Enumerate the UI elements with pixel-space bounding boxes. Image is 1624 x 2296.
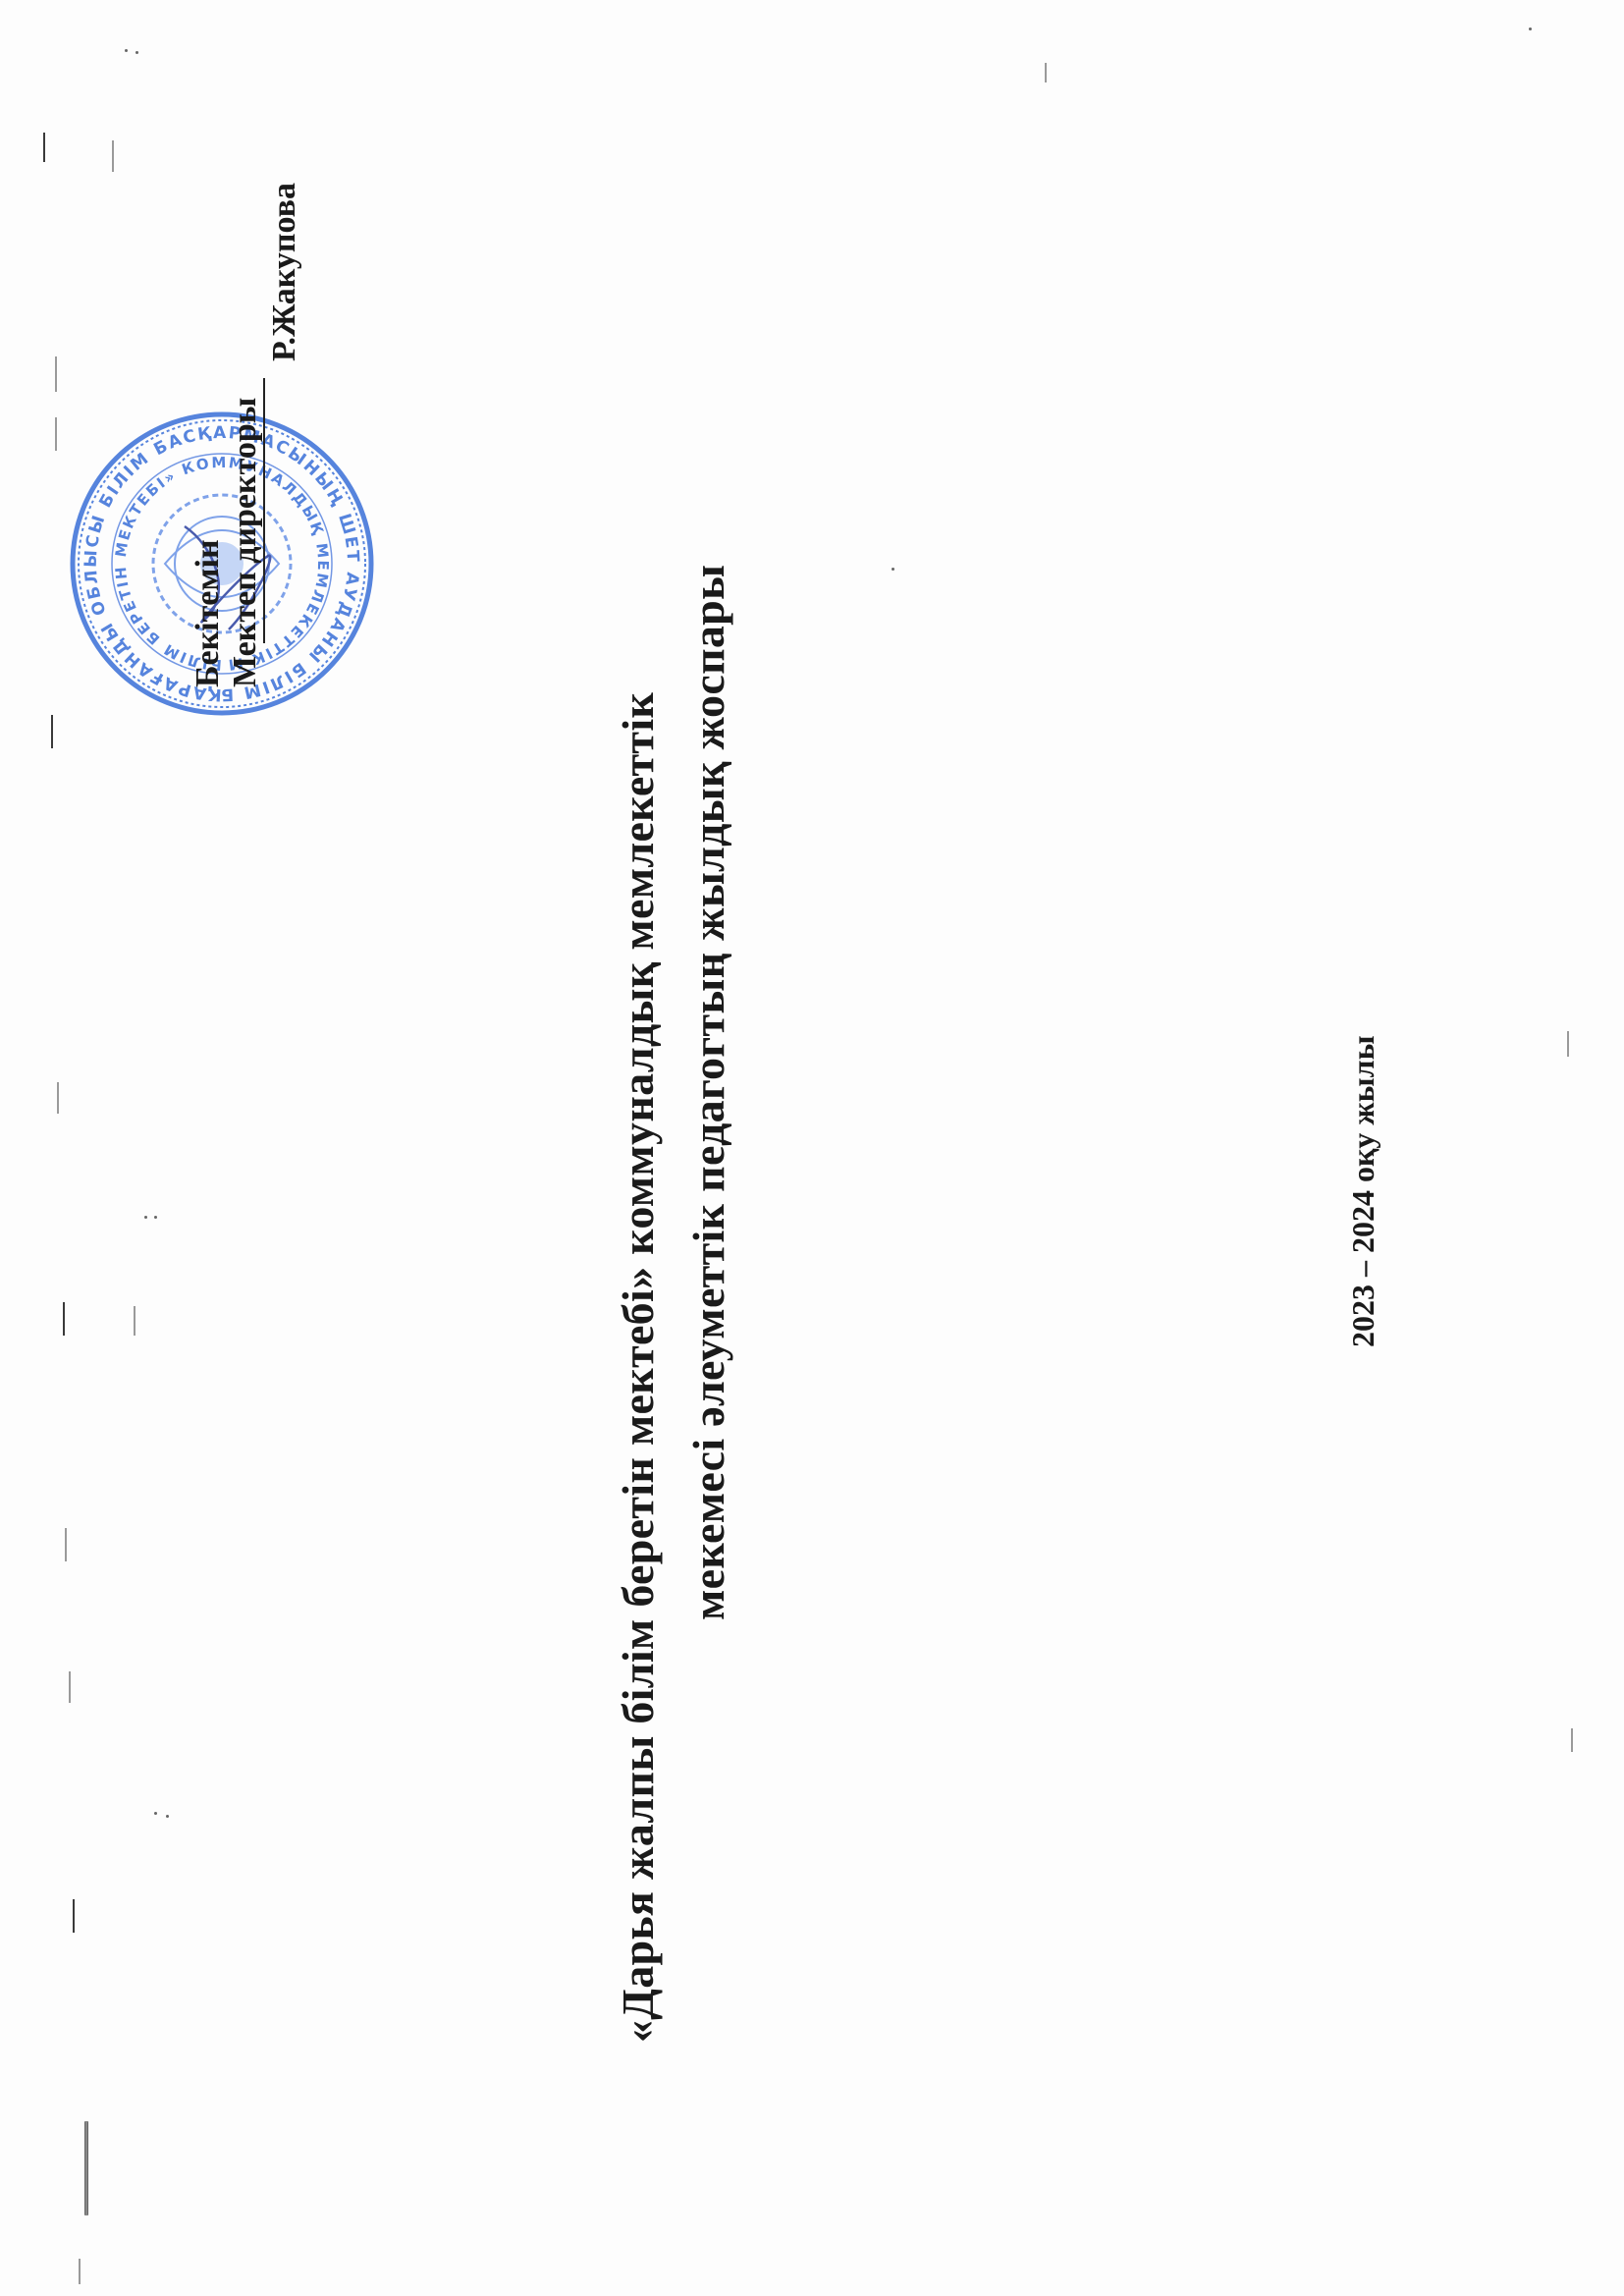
scan-speck bbox=[154, 1216, 157, 1219]
scan-speck bbox=[1529, 27, 1532, 30]
margin-mark bbox=[1571, 1728, 1573, 1752]
scan-speck bbox=[135, 51, 138, 54]
margin-mark bbox=[1567, 1031, 1569, 1057]
document-title-line-1: «Дарья жалпы білім беретін мектебі» комм… bbox=[611, 692, 666, 2043]
scan-speck bbox=[154, 1812, 157, 1815]
margin-mark bbox=[43, 133, 45, 162]
margin-mark bbox=[79, 2259, 81, 2284]
signature-line bbox=[263, 378, 265, 643]
academic-year: 2023 – 2024 оқу жылы bbox=[1343, 1035, 1382, 1347]
scan-speck bbox=[892, 568, 894, 571]
margin-mark bbox=[57, 1082, 59, 1114]
margin-mark bbox=[112, 140, 114, 172]
staple-mark bbox=[84, 2121, 88, 2215]
scan-speck bbox=[144, 1216, 147, 1219]
margin-mark bbox=[51, 715, 53, 748]
document-title-line-2: мекемесі әлеуметтік педагогтың жылдық жо… bbox=[681, 565, 736, 1620]
margin-mark bbox=[69, 1671, 71, 1703]
scan-speck bbox=[125, 49, 128, 52]
margin-mark bbox=[1045, 63, 1047, 82]
approver-position: Мектеп директоры bbox=[224, 398, 267, 687]
margin-mark bbox=[55, 417, 57, 451]
scan-speck bbox=[166, 1815, 169, 1818]
margin-mark bbox=[55, 356, 57, 392]
scanned-page: ҚАРАҒАНДЫ ОБЛЫСЫ БІЛІМ БАСҚАРМАСЫНЫҢ ШЕТ… bbox=[0, 0, 1624, 2296]
margin-mark bbox=[73, 1899, 75, 1933]
margin-mark bbox=[63, 1302, 65, 1336]
margin-mark bbox=[134, 1306, 135, 1336]
signatory-name: Р.Жакупова bbox=[263, 183, 306, 361]
margin-mark bbox=[65, 1528, 67, 1561]
